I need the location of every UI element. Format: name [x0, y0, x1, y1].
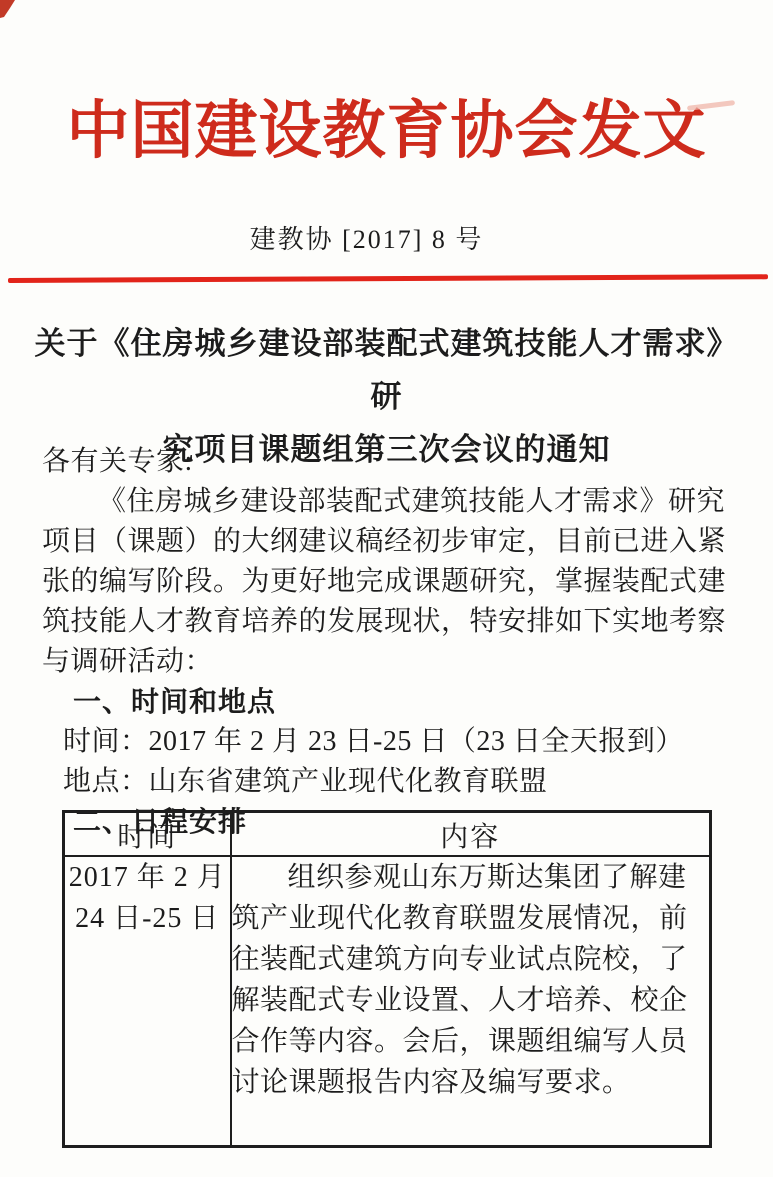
- schedule-time-cell: 2017 年 2 月 24 日-25 日: [64, 856, 231, 1147]
- document-page: 中国建设教育协会发文 建教协 [2017] 8 号 关于《住房城乡建设部装配式建…: [0, 0, 773, 1177]
- place-line: 地点：山东省建筑产业现代化教育联盟: [63, 762, 732, 802]
- schedule-table: 时间 内容 2017 年 2 月 24 日-25 日 组织参观山东万斯达集团了解…: [62, 810, 712, 1148]
- schedule-table-header-time: 时间: [64, 812, 231, 857]
- time-line: 时间：2017 年 2 月 23 日-25 日（23 日全天报到）: [63, 722, 732, 762]
- red-divider-rule: [8, 274, 768, 283]
- section-heading-time-place: 一、时间和地点: [73, 682, 732, 722]
- notice-body: 各有关专家: 《住房城乡建设部装配式建筑技能人才需求》研究项目（课题）的大纲建议…: [42, 442, 732, 842]
- org-title: 中国建设教育协会发文: [0, 92, 773, 170]
- doc-number: 建教协 [2017] 8 号: [0, 219, 753, 256]
- schedule-table-header-row: 时间 内容: [64, 812, 711, 857]
- schedule-time-line-2: 24 日-25 日: [65, 898, 230, 939]
- salutation: 各有关专家:: [42, 442, 732, 482]
- corner-stamp-mark: [0, 0, 18, 19]
- intro-paragraph: 《住房城乡建设部装配式建筑技能人才需求》研究项目（课题）的大纲建议稿经初步审定，…: [42, 482, 732, 682]
- schedule-table-header-content: 内容: [231, 812, 711, 857]
- schedule-content-cell: 组织参观山东万斯达集团了解建筑产业现代化教育联盟发展情况，前往装配式建筑方向专业…: [231, 856, 711, 1147]
- notice-title-line-1: 关于《住房城乡建设部装配式建筑技能人才需求》研: [25, 317, 748, 423]
- schedule-time-line-1: 2017 年 2 月: [65, 857, 230, 898]
- schedule-table-row: 2017 年 2 月 24 日-25 日 组织参观山东万斯达集团了解建筑产业现代…: [64, 856, 711, 1147]
